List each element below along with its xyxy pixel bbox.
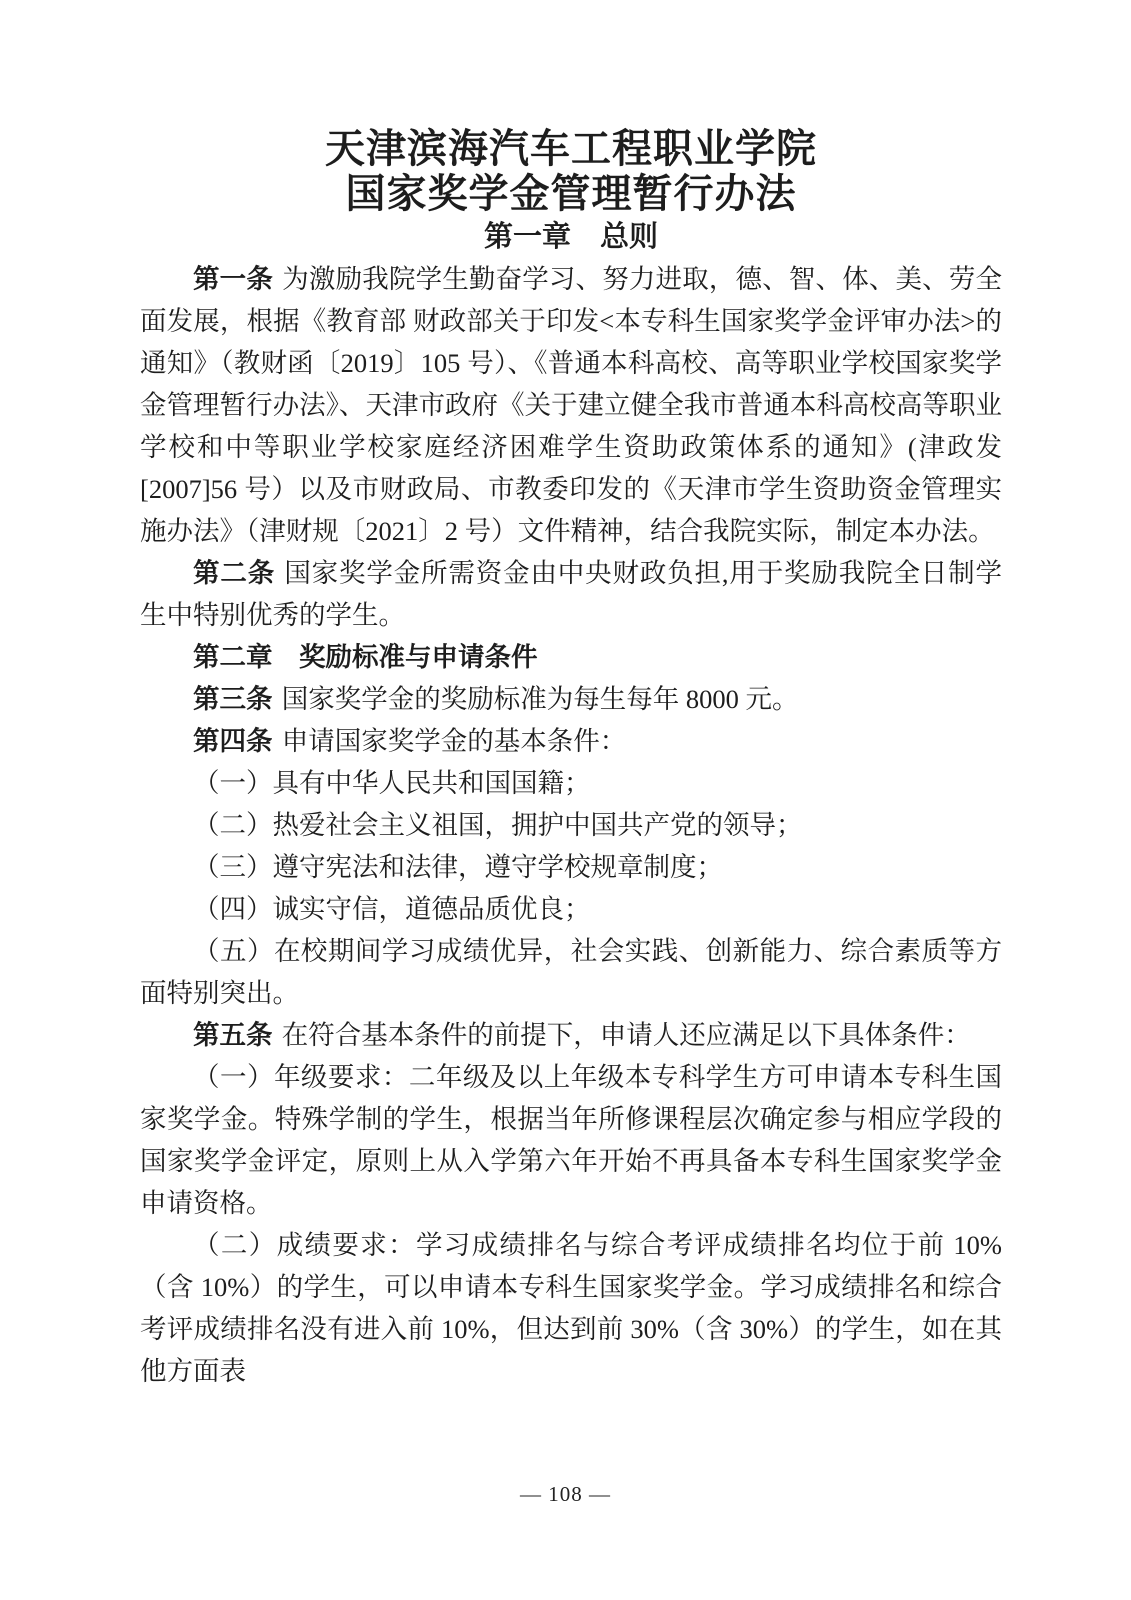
document-title-line2: 国家奖学金管理暂行办法 [140,171,1002,216]
article-paragraph: 第五条在符合基本条件的前提下，申请人还应满足以下具体条件： [140,1014,1002,1056]
clause-paragraph: （五）在校期间学习成绩优异，社会实践、创新能力、综合素质等方面特别突出。 [140,930,1002,1014]
document-title-line1: 天津滨海汽车工程职业学院 [140,126,1002,171]
document-content: 天津滨海汽车工程职业学院 国家奖学金管理暂行办法 第一章 总则第一条为激励我院学… [140,0,1002,1392]
article-number: 第三条 [193,684,273,714]
clause-paragraph: （四）诚实守信，道德品质优良； [140,888,1002,930]
chapter-heading-centered: 第一章 总则 [140,216,1002,258]
chapter-heading: 第二章 奖励标准与申请条件 [140,636,1002,678]
clause-paragraph: （二）成绩要求：学习成绩排名与综合考评成绩排名均位于前 10%（含 10%）的学… [140,1224,1002,1392]
article-number: 第二条 [193,558,275,588]
article-number: 第五条 [193,1020,273,1050]
clause-paragraph: （二）热爱社会主义祖国，拥护中国共产党的领导； [140,804,1002,846]
clause-paragraph: （三）遵守宪法和法律，遵守学校规章制度； [140,846,1002,888]
document-page: 天津滨海汽车工程职业学院 国家奖学金管理暂行办法 第一章 总则第一条为激励我院学… [0,0,1131,1600]
clause-paragraph: （一）具有中华人民共和国国籍； [140,762,1002,804]
article-number: 第四条 [193,726,273,756]
article-paragraph: 第二条国家奖学金所需资金由中央财政负担,用于奖励我院全日制学生中特别优秀的学生。 [140,552,1002,636]
clause-paragraph: （一）年级要求：二年级及以上年级本专科学生方可申请本专科生国家奖学金。特殊学制的… [140,1056,1002,1224]
article-paragraph: 第四条申请国家奖学金的基本条件： [140,720,1002,762]
article-number: 第一条 [193,264,273,294]
article-paragraph: 第一条为激励我院学生勤奋学习、努力进取，德、智、体、美、劳全面发展，根据《教育部… [140,258,1002,552]
document-body: 第一章 总则第一条为激励我院学生勤奋学习、努力进取，德、智、体、美、劳全面发展，… [140,216,1002,1392]
page-number: — 108 — [0,1482,1131,1507]
document-title: 天津滨海汽车工程职业学院 国家奖学金管理暂行办法 [140,0,1002,216]
article-paragraph: 第三条国家奖学金的奖励标准为每生每年 8000 元。 [140,678,1002,720]
